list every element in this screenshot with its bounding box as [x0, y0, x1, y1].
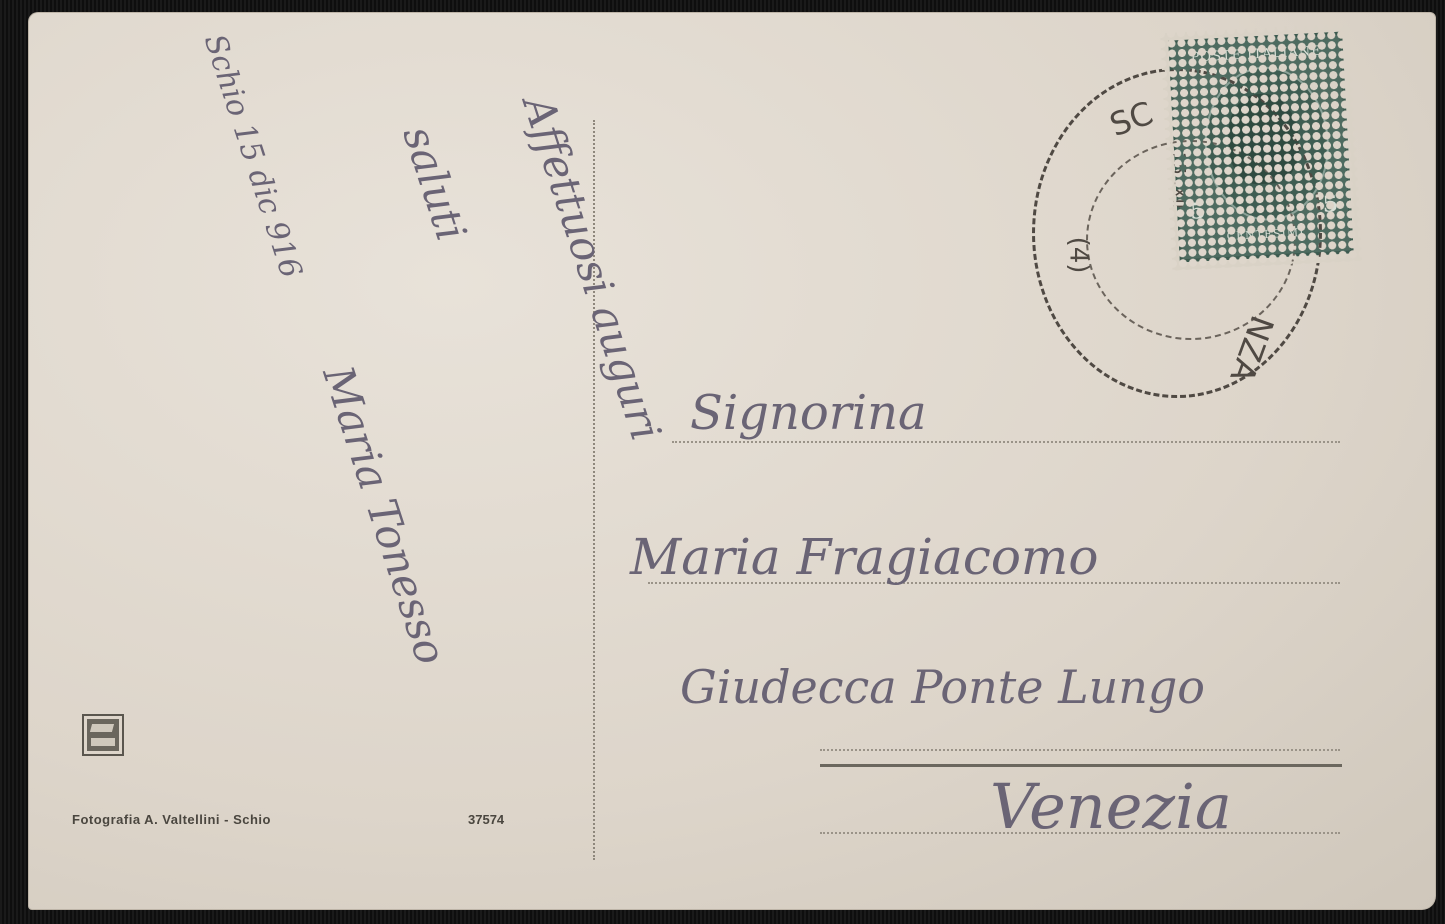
address-line-3	[820, 749, 1340, 751]
stamp-value-right: 5	[1322, 191, 1339, 218]
address-line-2-text: Maria Fragiacomo	[630, 528, 1098, 586]
postage-stamp: POSTE ITALIANE 5 5 CENTESIMI	[1160, 23, 1362, 271]
stamp-value-left: 5	[1190, 198, 1207, 225]
serial-number: 37574	[468, 812, 504, 827]
publisher-line: Fotografia A. Valtellini - Schio	[72, 812, 271, 827]
stamp-country: POSTE ITALIANE	[1172, 43, 1341, 67]
publisher-logo-icon	[82, 714, 124, 756]
stamp-denomination: CENTESIMI	[1181, 223, 1349, 245]
address-underline	[820, 764, 1342, 767]
address-line-3-text: Giudecca Ponte Lungo	[680, 660, 1205, 714]
address-line-1-text: Signorina	[690, 385, 927, 441]
address-line-1	[672, 441, 1340, 443]
address-line-4-text: Venezia	[990, 770, 1232, 843]
postmark-side-number: (4)	[1063, 237, 1093, 274]
